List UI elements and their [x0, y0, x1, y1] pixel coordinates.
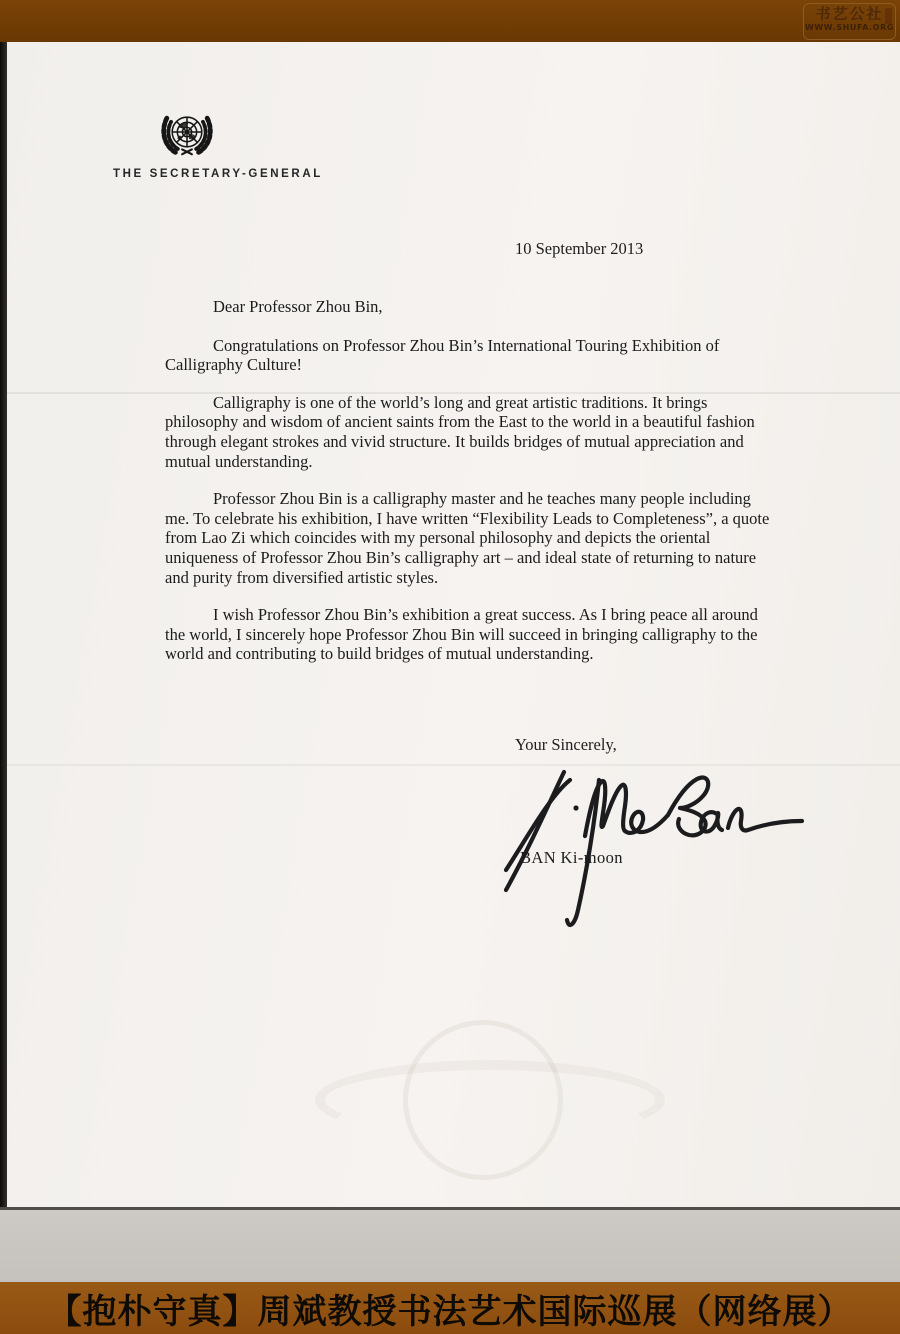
signature-name: BAN Ki-moon [520, 848, 623, 868]
shufa-logo-seal-icon [885, 8, 892, 24]
caption-text: 【抱朴守真】周斌教授书法艺术国际巡展（网络展） [48, 1284, 853, 1333]
letter-paragraph: Calligraphy is one of the world’s long a… [165, 393, 770, 471]
letter-body: Dear Professor Zhou Bin, Congratulations… [165, 297, 770, 682]
letter-paragraph: Congratulations on Professor Zhou Bin’s … [165, 336, 770, 375]
top-border [0, 0, 900, 42]
scanner-left-edge [0, 42, 7, 1282]
scanner-background-band [0, 1207, 900, 1282]
shufa-logo-url: WWW.SHUFA.ORG [804, 23, 895, 33]
shufa-logo-brand: 书艺公社 [803, 5, 895, 23]
letter-closing: Your Sincerely, [515, 735, 617, 755]
shufa-community-logo: 书艺公社 WWW.SHUFA.ORG [803, 3, 896, 40]
letter-paragraph: I wish Professor Zhou Bin’s exhibition a… [165, 605, 770, 664]
un-emblem-icon [158, 103, 216, 161]
caption-bar: 【抱朴守真】周斌教授书法艺术国际巡展（网络展） [0, 1282, 900, 1334]
letter-salutation: Dear Professor Zhou Bin, [165, 297, 770, 317]
letter-paragraph: Professor Zhou Bin is a calligraphy mast… [165, 489, 770, 587]
letter-date: 10 September 2013 [515, 239, 643, 259]
secretary-general-title: THE SECRETARY-GENERAL [113, 168, 323, 180]
scanned-letter-page: 书艺公社 WWW.SHUFA.ORG THE SECRETARY-GENERA [0, 0, 900, 1334]
